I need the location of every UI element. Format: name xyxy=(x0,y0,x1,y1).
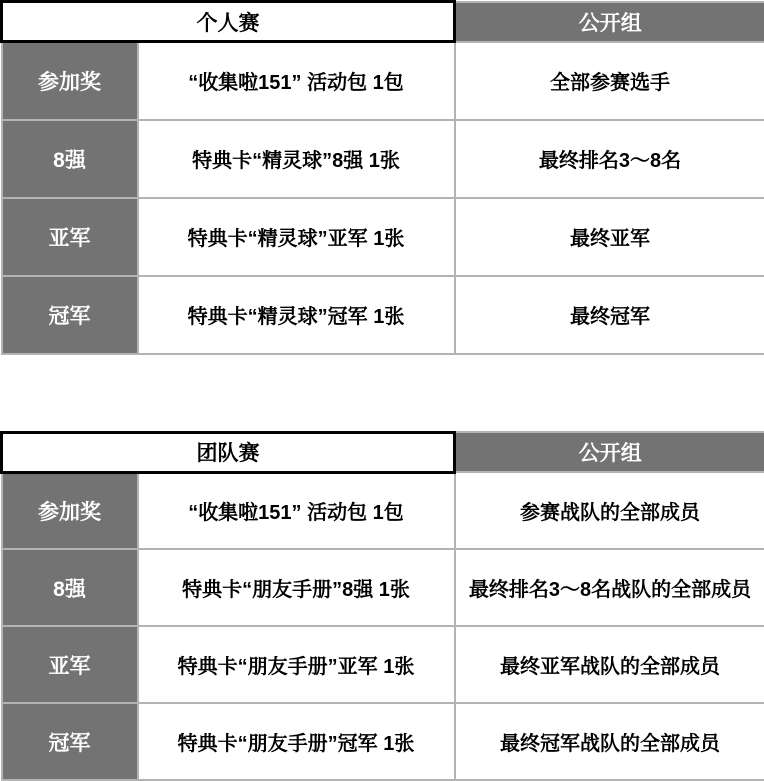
row-label-cell: 8强 xyxy=(2,549,138,626)
group-header: 公开组 xyxy=(455,432,764,472)
prize-cell: 特典卡“朋友手册”8强 1张 xyxy=(138,549,455,626)
table-header-row: 团队赛 公开组 xyxy=(2,432,764,472)
recipient-cell: 最终排名3～8名 xyxy=(455,120,764,198)
recipient-cell: 最终排名3～8名战队的全部成员 xyxy=(455,549,764,626)
row-label-cell: 8强 xyxy=(2,120,138,198)
prize-cell: 特典卡“精灵球”亚军 1张 xyxy=(138,198,455,276)
table-row: 参加奖 “收集啦151” 活动包 1包 参赛战队的全部成员 xyxy=(2,472,764,549)
table-row: 8强 特典卡“精灵球”8强 1张 最终排名3～8名 xyxy=(2,120,764,198)
row-label-cell: 亚军 xyxy=(2,626,138,703)
prize-cell: 特典卡“朋友手册”冠军 1张 xyxy=(138,703,455,780)
prize-cell: 特典卡“精灵球”8强 1张 xyxy=(138,120,455,198)
group-header: 公开组 xyxy=(455,2,764,42)
row-label-cell: 亚军 xyxy=(2,198,138,276)
prize-cell: “收集啦151” 活动包 1包 xyxy=(138,472,455,549)
recipient-cell: 最终亚军战队的全部成员 xyxy=(455,626,764,703)
table-title: 个人赛 xyxy=(2,2,455,42)
prize-cell: 特典卡“精灵球”冠军 1张 xyxy=(138,276,455,354)
table-row: 参加奖 “收集啦151” 活动包 1包 全部参赛选手 xyxy=(2,42,764,120)
prize-cell: 特典卡“朋友手册”亚军 1张 xyxy=(138,626,455,703)
table-row: 亚军 特典卡“朋友手册”亚军 1张 最终亚军战队的全部成员 xyxy=(2,626,764,703)
table-row: 亚军 特典卡“精灵球”亚军 1张 最终亚军 xyxy=(2,198,764,276)
recipient-cell: 最终亚军 xyxy=(455,198,764,276)
table-title: 团队赛 xyxy=(2,432,455,472)
row-label-cell: 参加奖 xyxy=(2,42,138,120)
prize-cell: “收集啦151” 活动包 1包 xyxy=(138,42,455,120)
row-label-cell: 参加奖 xyxy=(2,472,138,549)
row-label-cell: 冠军 xyxy=(2,703,138,780)
recipient-cell: 最终冠军战队的全部成员 xyxy=(455,703,764,780)
individual-tournament-table: 个人赛 公开组 参加奖 “收集啦151” 活动包 1包 全部参赛选手 8强 特典… xyxy=(0,0,764,355)
table-row: 8强 特典卡“朋友手册”8强 1张 最终排名3～8名战队的全部成员 xyxy=(2,549,764,626)
recipient-cell: 全部参赛选手 xyxy=(455,42,764,120)
table-row: 冠军 特典卡“精灵球”冠军 1张 最终冠军 xyxy=(2,276,764,354)
row-label-cell: 冠军 xyxy=(2,276,138,354)
recipient-cell: 参赛战队的全部成员 xyxy=(455,472,764,549)
recipient-cell: 最终冠军 xyxy=(455,276,764,354)
table-header-row: 个人赛 公开组 xyxy=(2,2,764,42)
table-row: 冠军 特典卡“朋友手册”冠军 1张 最终冠军战队的全部成员 xyxy=(2,703,764,780)
team-tournament-table: 团队赛 公开组 参加奖 “收集啦151” 活动包 1包 参赛战队的全部成员 8强… xyxy=(0,431,764,781)
